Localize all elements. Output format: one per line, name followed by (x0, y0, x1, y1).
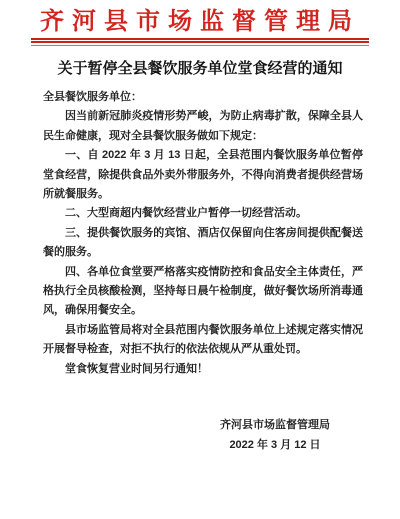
notice-paragraph: 一、自 2022 年 3 月 13 日起，全县范围内餐饮服务单位暂停堂食经营，除… (43, 146, 363, 204)
notice-paragraph: 堂食恢复营业时间另行通知！ (43, 360, 363, 379)
notice-paragraph: 因当前新冠肺炎疫情形势严峻，为防止病毒扩散，保障全县人民生命健康，现对全县餐饮服… (43, 107, 363, 146)
notice-paragraph: 县市场监管局将对全县范围内餐饮服务单位上述规定落实情况开展督导检查，对拒不执行的… (43, 321, 363, 360)
signature-block: 齐河县市场监督管理局 2022 年 3 月 12 日 (0, 415, 400, 455)
notice-paragraph: 三、提供餐饮服务的宾馆、酒店仅保留向住客房间提供配餐送餐的服务。 (43, 224, 363, 263)
notice-title: 关于暂停全县餐饮服务单位堂食经营的通知 (0, 58, 400, 80)
signature-date: 2022 年 3 月 12 日 (220, 435, 330, 455)
notice-paragraph: 二、大型商超内餐饮经营业户暂停一切经营活动。 (43, 204, 363, 223)
signature-org: 齐河县市场监督管理局 (220, 415, 330, 435)
letterhead-divider (31, 38, 369, 46)
signature-inner: 齐河县市场监督管理局 2022 年 3 月 12 日 (220, 415, 330, 455)
notice-body: 全县餐饮服务单位： 因当前新冠肺炎疫情形势严峻，为防止病毒扩散，保障全县人民生命… (43, 88, 363, 379)
notice-salutation: 全县餐饮服务单位： (43, 88, 363, 107)
notice-document: 齐河县市场监督管理局 关于暂停全县餐饮服务单位堂食经营的通知 全县餐饮服务单位：… (0, 0, 400, 519)
letterhead-org-title: 齐河县市场监督管理局 (0, 0, 400, 36)
notice-paragraph: 四、各单位食堂要严格落实疫情防控和食品安全主体责任，严格执行全员核酸检测，坚持每… (43, 263, 363, 321)
divider-rule-bottom (31, 45, 369, 46)
